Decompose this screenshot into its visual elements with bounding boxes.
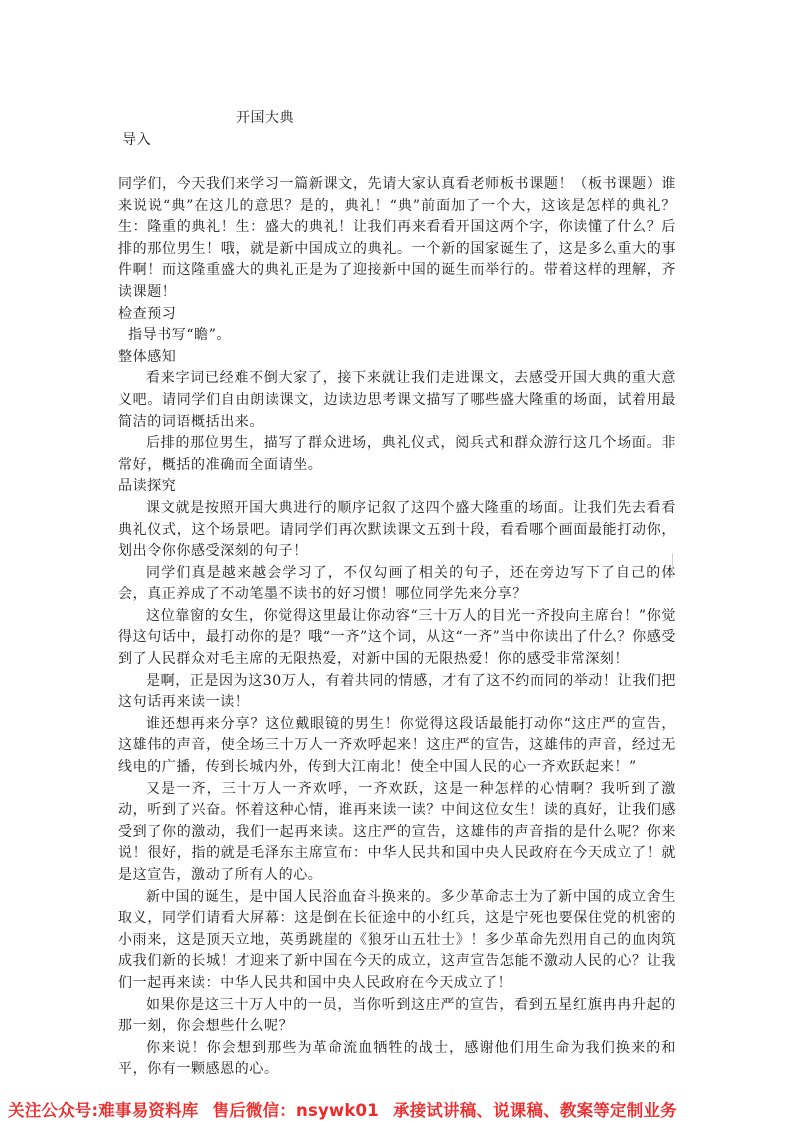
section-heading-overall: 整体感知 <box>118 347 676 369</box>
explore-paragraph: 同学们真是越来越会学习了，不仅勾画了相关的句子，还在旁边写下了自己的体会，真正养… <box>118 563 676 606</box>
explore-paragraph: 课文就是按照开国大典进行的顺序记叙了这四个盛大隆重的场面。让我们先去看看典礼仪式… <box>118 498 676 563</box>
explore-paragraph: 如果你是这三十万人中的一员，当你听到这庄严的宣告，看到五星红旗冉冉升起的那一刻，… <box>118 995 676 1038</box>
document-page: 开国大典 导入 同学们，今天我们来学习一篇新课文，先请大家认真看老师板书课题！（… <box>0 0 793 1122</box>
section-heading-preview: 检查预习 <box>118 304 676 326</box>
explore-paragraph: 又是一齐，三十万人一齐欢呼，一齐欢跃，这是一种怎样的心情啊？我听到了激动，听到了… <box>118 779 676 887</box>
section-heading-intro: 导入 <box>118 130 676 174</box>
explore-paragraph: 是啊，正是因为这30万人，有着共同的情感，才有了这不约而同的举动！让我们把这句话… <box>118 671 676 714</box>
footer-watermark-banner: 关注公众号:难事易资料库 售后微信：nsywk01 承接试讲稿、说课稿、教案等定… <box>0 1095 793 1122</box>
explore-paragraph: 谁还想再来分享？这位戴眼镜的男生！你觉得这段话最能打动你“这庄严的宣告，这雄伟的… <box>118 714 676 779</box>
explore-paragraph: 你来说！你会想到那些为革命流血牺牲的战士，感谢他们用生命为我们换来的和平，你有一… <box>118 1038 676 1081</box>
overall-paragraph: 看来字词已经难不倒大家了，接下来就让我们走进课文，去感受开国大典的重大意义吧。请… <box>118 368 676 433</box>
explore-paragraph: 这位靠窗的女生，你觉得这里最让你动容“三十万人的目光一齐投向主席台！”你觉得这句… <box>118 606 676 671</box>
intro-paragraph: 同学们，今天我们来学习一篇新课文，先请大家认真看老师板书课题！（板书课题）谁来说… <box>118 174 676 304</box>
explore-paragraph: 新中国的诞生，是中国人民浴血奋斗换来的。多少革命志士为了新中国的成立舍生取义，同… <box>118 887 676 995</box>
document-body: 导入 同学们，今天我们来学习一篇新课文，先请大家认真看老师板书课题！（板书课题）… <box>118 130 676 1081</box>
page-edge-marker <box>672 553 673 577</box>
preview-item: 指导书写“瞻”。 <box>118 325 676 347</box>
footer-segment-services: 承接试讲稿、说课稿、教案等定制业务 <box>393 1097 677 1121</box>
section-heading-explore: 品读探究 <box>118 476 676 498</box>
footer-segment-wechat: 售后微信：nsywk01 <box>213 1097 379 1121</box>
overall-paragraph: 后排的那位男生，描写了群众进场，典礼仪式，阅兵式和群众游行这几个场面。非常好，概… <box>118 433 676 476</box>
document-title: 开国大典 <box>236 108 294 128</box>
footer-segment-account: 关注公众号:难事易资料库 <box>8 1097 199 1121</box>
